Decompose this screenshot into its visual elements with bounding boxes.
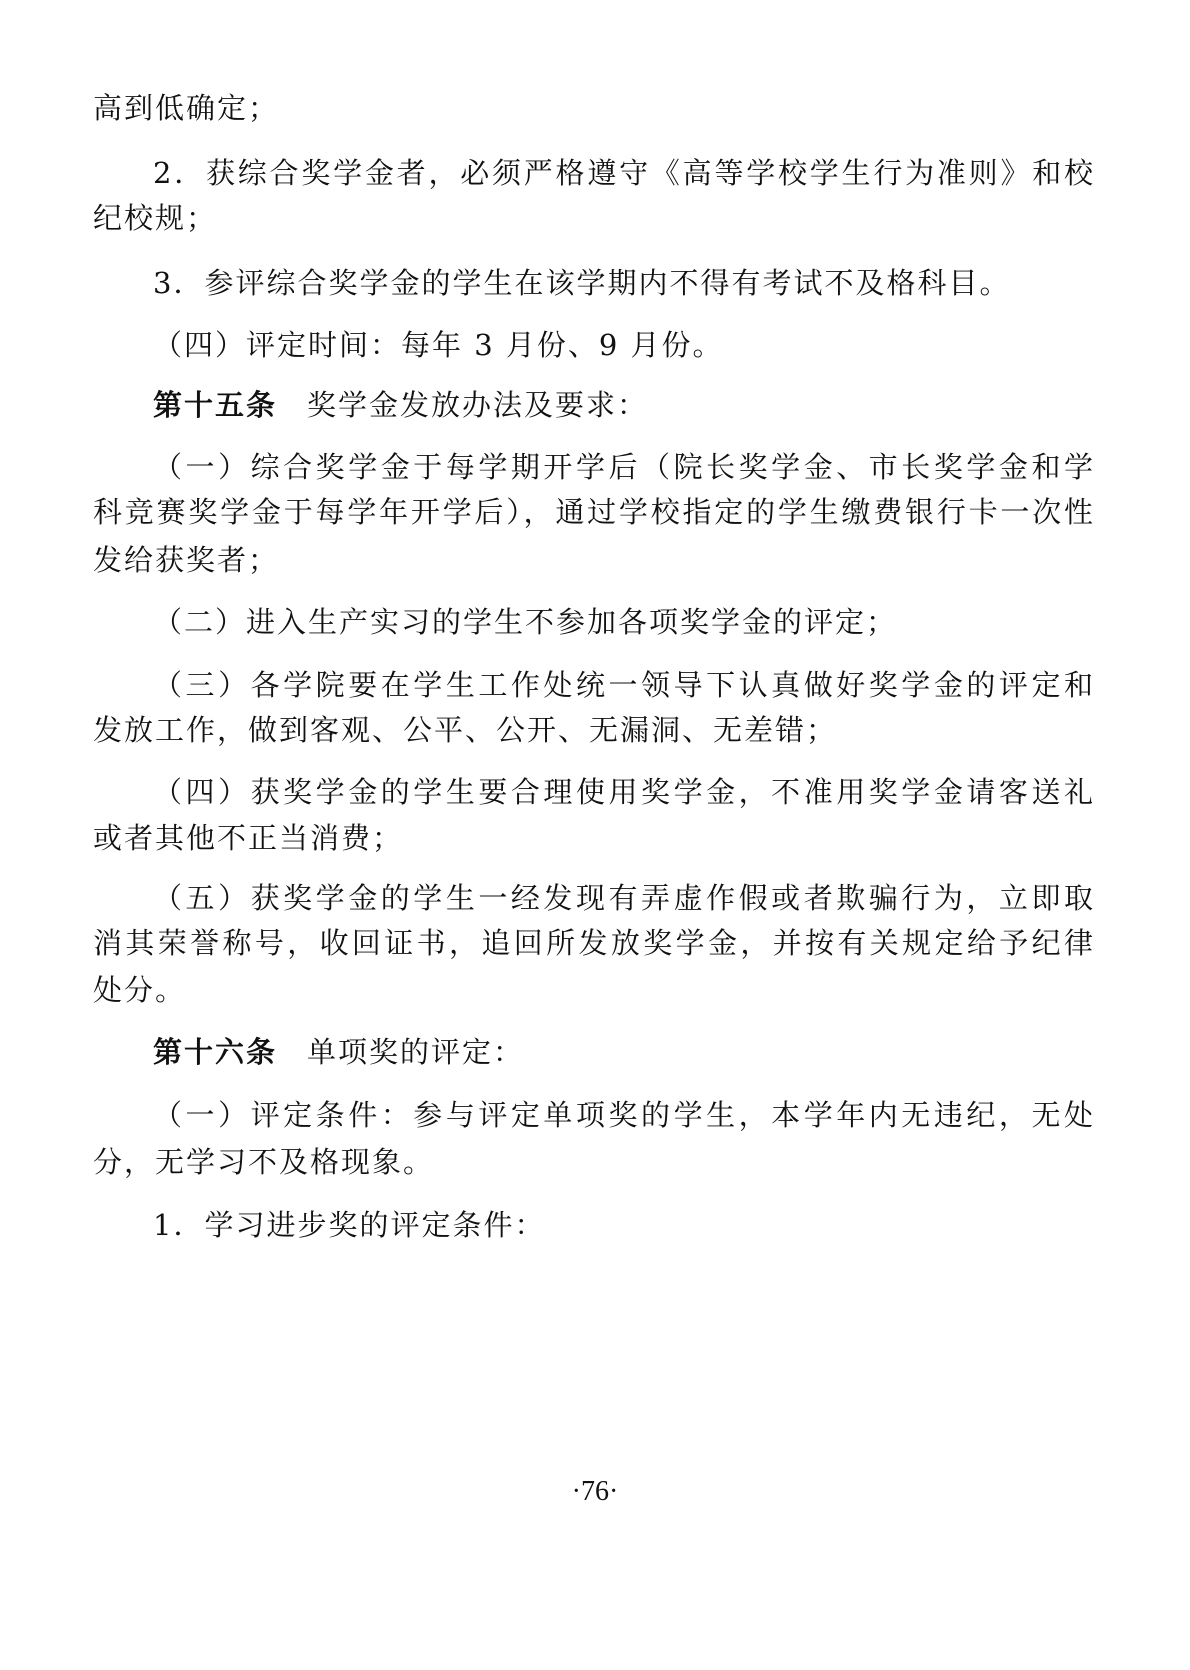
text-line: （四）评定时间：每年 3 月份、9 月份。 [93,325,1095,365]
article-heading-16: 第十六条单项奖的评定： [93,1032,1095,1072]
article-title: 奖学金发放办法及要求： [307,388,648,422]
article-heading-15: 第十五条奖学金发放办法及要求： [93,385,1095,425]
text-line: 或者其他不正当消费； [93,818,1095,858]
text-line: 处分。 [93,970,1095,1010]
text-line: （五）获奖学金的学生一经发现有弄虚作假或者欺骗行为，立即取 [93,878,1095,918]
text-line: 分，无学习不及格现象。 [93,1142,1095,1182]
text-line: （一）评定条件：参与评定单项奖的学生，本学年内无违纪，无处 [93,1095,1095,1135]
text-line: 发给获奖者； [93,540,1095,580]
text-line: （二）进入生产实习的学生不参加各项奖学金的评定； [93,602,1095,642]
text-line: （一）综合奖学金于每学期开学后（院长奖学金、市长奖学金和学 [93,447,1095,487]
article-title: 单项奖的评定： [307,1035,524,1069]
text-line: 发放工作，做到客观、公平、公开、无漏洞、无差错； [93,710,1095,750]
text-line: （三）各学院要在学生工作处统一领导下认真做好奖学金的评定和 [93,665,1095,705]
page-number: ·76· [0,1474,1190,1510]
text-line: 3．参评综合奖学金的学生在该学期内不得有考试不及格科目。 [93,263,1095,303]
article-number: 第十五条 [153,388,277,422]
text-line: 纪校规； [93,198,1095,238]
text-line: 高到低确定； [93,88,1095,128]
document-page: 高到低确定； 2．获综合奖学金者，必须严格遵守《高等学校学生行为准则》和校 纪校… [0,0,1190,1670]
text-line: 1．学习进步奖的评定条件： [93,1205,1095,1245]
text-line: 科竞赛奖学金于每学年开学后），通过学校指定的学生缴费银行卡一次性 [93,492,1095,532]
article-number: 第十六条 [153,1035,277,1069]
text-line: 2．获综合奖学金者，必须严格遵守《高等学校学生行为准则》和校 [93,153,1095,193]
text-line: 消其荣誉称号，收回证书，追回所发放奖学金，并按有关规定给予纪律 [93,923,1095,963]
text-line: （四）获奖学金的学生要合理使用奖学金，不准用奖学金请客送礼 [93,772,1095,812]
